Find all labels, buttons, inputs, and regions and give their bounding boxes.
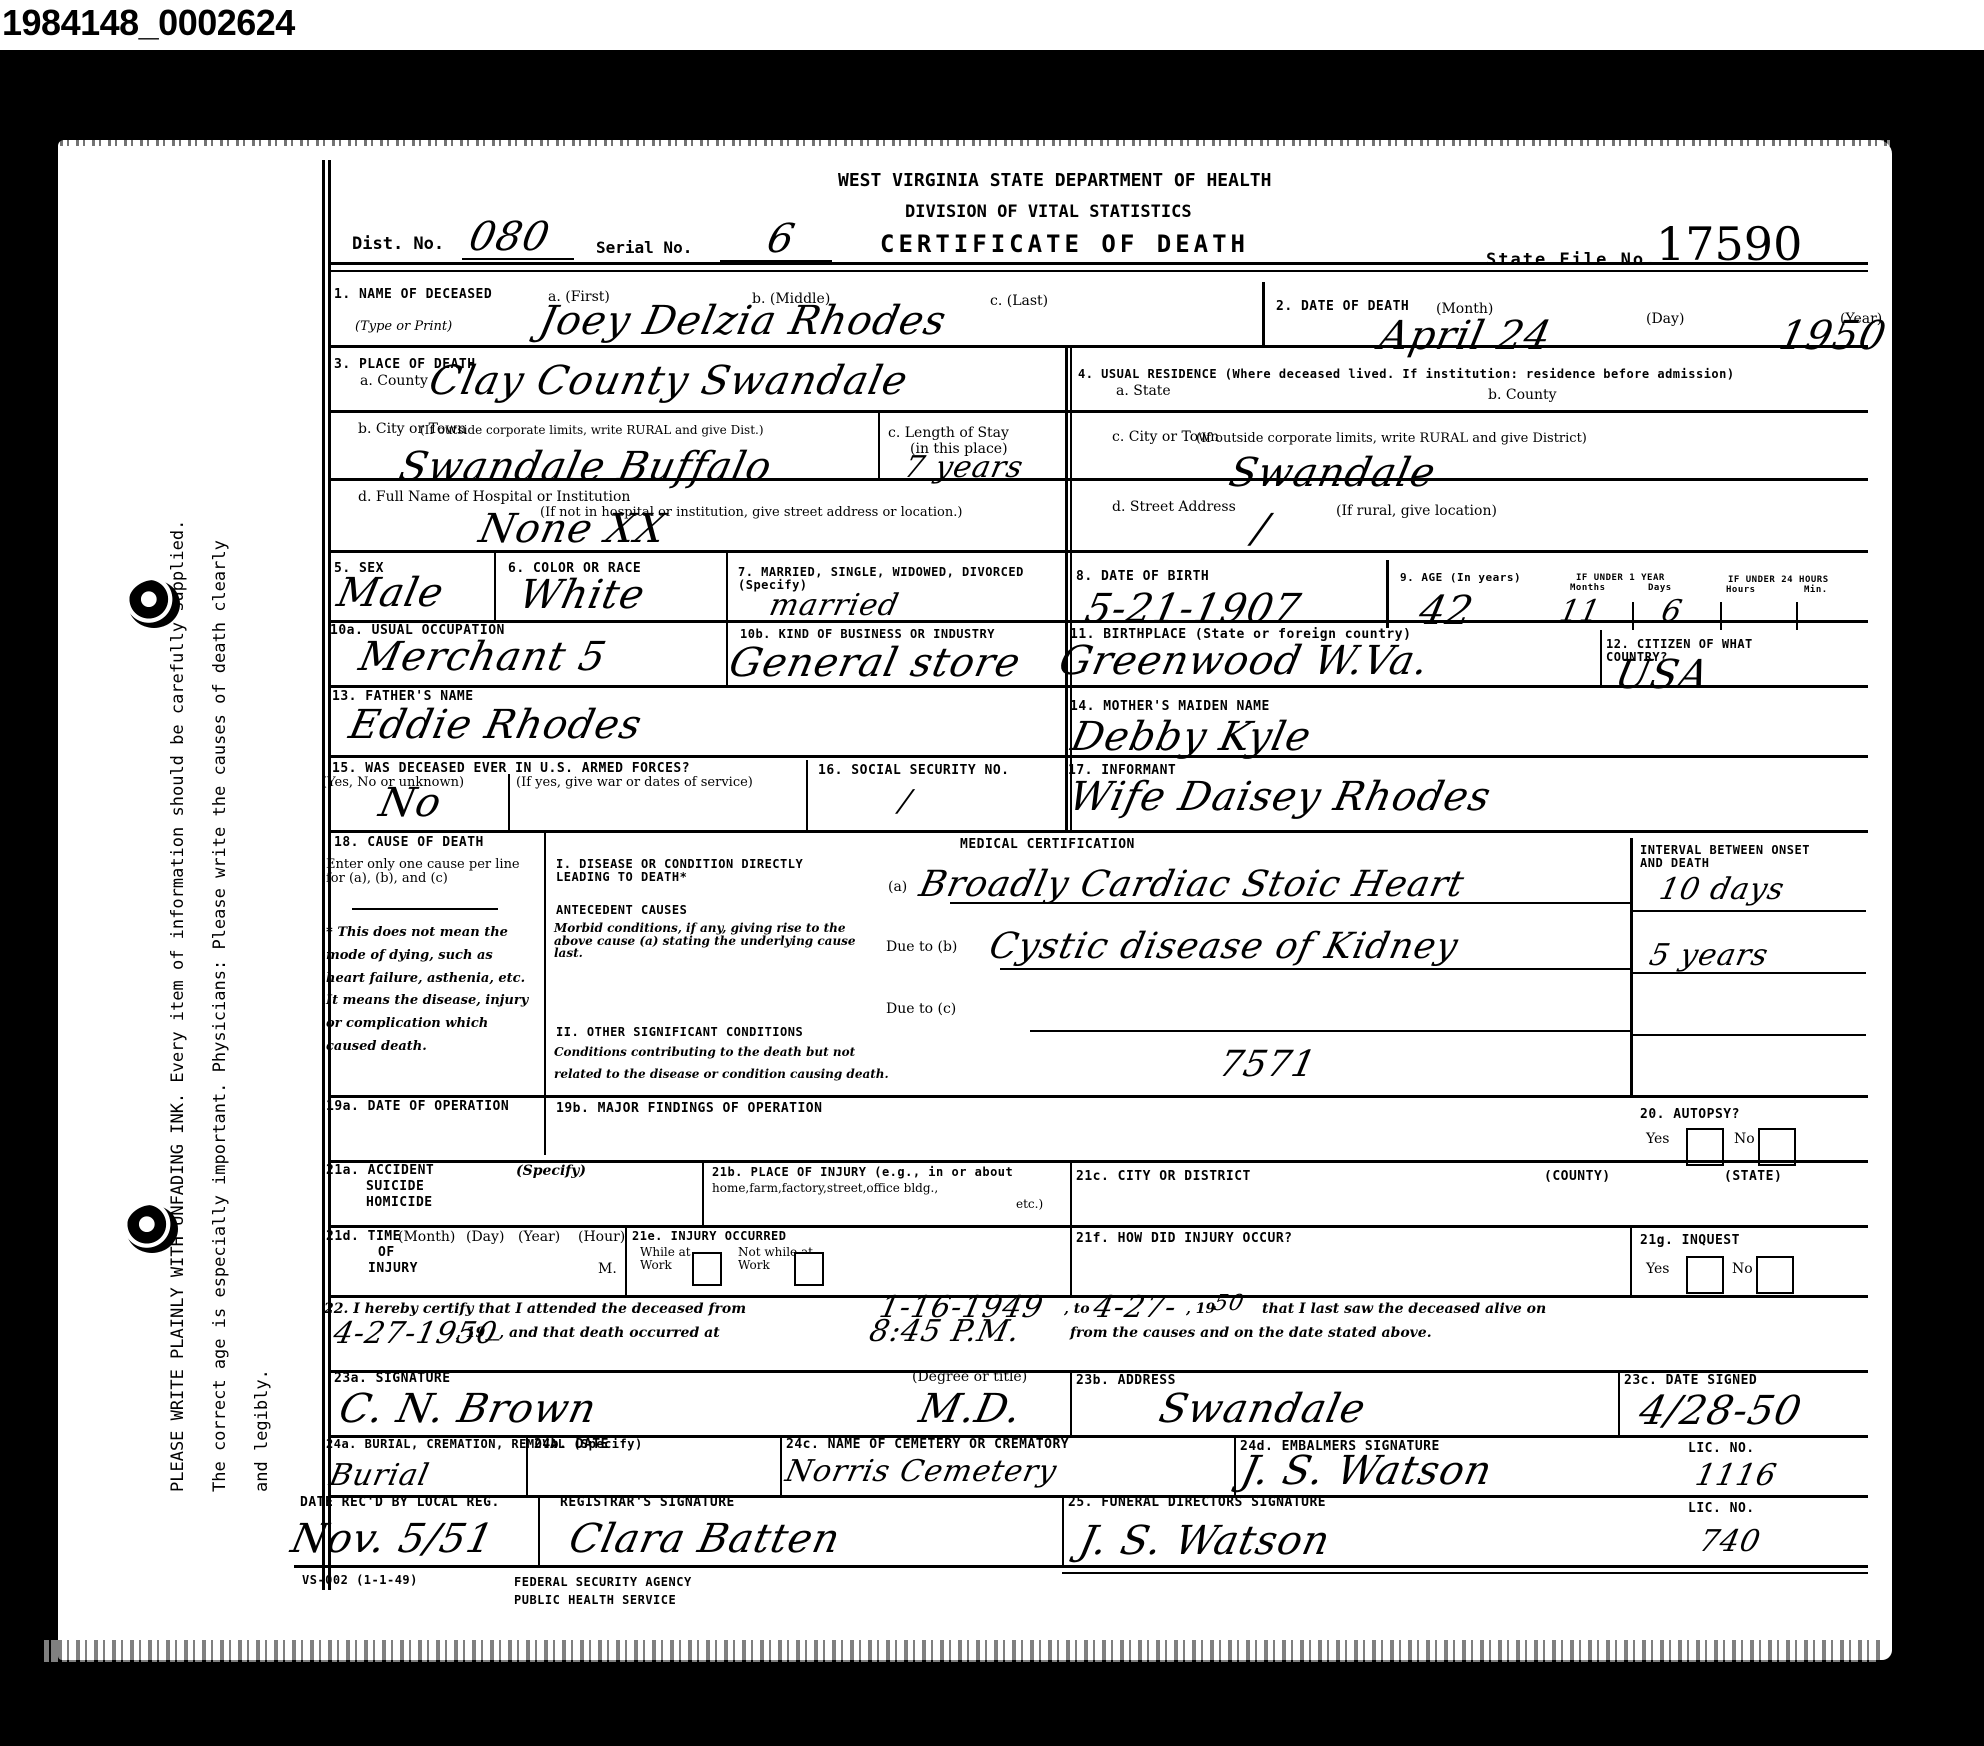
attended-to-year-value: 50 — [1212, 1292, 1247, 1315]
length-of-stay-label: c. Length of Stay — [888, 426, 1009, 441]
disposition-value: Burial — [327, 1460, 432, 1492]
row-rule — [328, 620, 1868, 623]
birthplace-value: Greenwood W.Va. — [1056, 640, 1433, 682]
funeral-lic-label: LIC. NO. — [1688, 1502, 1755, 1516]
interval-divider — [1630, 838, 1633, 1095]
interval-b-line — [1630, 972, 1866, 974]
injury-occurred-label: 21e. INJURY OCCURRED — [632, 1230, 787, 1243]
divider — [1600, 630, 1602, 685]
months-label: Months — [1570, 584, 1606, 593]
informant-value: Wife Daisey Rhodes — [1066, 776, 1495, 818]
autopsy-label: 20. AUTOPSY? — [1640, 1108, 1740, 1122]
header-band: 1984148_0002624 — [0, 0, 1984, 50]
cemetery-value: Norris Cemetery — [783, 1456, 1060, 1488]
marital-status-value: married — [767, 590, 902, 622]
cause-b-label: Due to (b) — [886, 940, 957, 955]
cause-a-line — [950, 902, 1630, 904]
physician-degree-value: M.D. — [916, 1388, 1026, 1430]
time-of-injury-label: 21d. TIME — [326, 1230, 401, 1244]
inquest-no-checkbox[interactable] — [1756, 1256, 1794, 1294]
date-of-death-value: April 24 — [1376, 315, 1556, 357]
name-label: 1. NAME OF DECEASED — [334, 288, 492, 302]
divider — [726, 550, 728, 685]
age-label: 9. AGE (In years) — [1400, 572, 1521, 584]
date-of-death-label: 2. DATE OF DEATH — [1276, 300, 1409, 314]
seal-stamp-icon — [128, 580, 180, 628]
city-value: Swandale Buffalo — [396, 446, 776, 488]
hospital-value: None XX — [476, 508, 670, 550]
divider — [878, 410, 880, 478]
row-rule — [328, 755, 1868, 758]
embalmer-signature-value: J. S. Watson — [1238, 1450, 1497, 1492]
degree-label: (Degree or title) — [912, 1370, 1027, 1385]
hospital-label: d. Full Name of Hospital or Institution — [358, 490, 630, 505]
residence-city-value: Swandale — [1226, 452, 1440, 494]
cause-footnote: * This does not mean the mode of dying, … — [326, 922, 536, 1059]
divider — [702, 1160, 704, 1225]
other-conditions-hint-1: Conditions contributing to the death but… — [554, 1046, 855, 1059]
inquest-no-label: No — [1732, 1262, 1753, 1277]
divider — [1618, 1370, 1620, 1435]
divider — [526, 1435, 528, 1495]
injury-month-label: (Month) — [398, 1230, 455, 1245]
registrar-signature-label: REGISTRAR'S SIGNATURE — [560, 1496, 735, 1510]
row-rule — [328, 478, 1868, 481]
margin-instruction-1: PLEASE WRITE PLAINLY WITH UNFADING INK. … — [168, 520, 188, 1492]
state-header: (STATE) — [1724, 1170, 1782, 1184]
dist-no-underline — [462, 258, 574, 260]
interval-a-line — [1630, 910, 1866, 912]
interval-b-value: 5 years — [1647, 940, 1772, 972]
time-of-injury-of: OF — [378, 1246, 395, 1260]
row-rule — [328, 410, 1868, 413]
serial-no-label: Serial No. — [596, 240, 692, 257]
burial-date-label: 24b. DATE — [534, 1438, 609, 1452]
divider — [544, 1095, 546, 1155]
homicide-label: HOMICIDE — [366, 1196, 433, 1210]
citizenship-value: USA — [1612, 654, 1714, 696]
header-rule-2 — [328, 270, 1868, 272]
date-signed-label: 23c. DATE SIGNED — [1624, 1374, 1757, 1388]
injury-year-label: (Year) — [518, 1230, 560, 1245]
divider — [1632, 602, 1634, 630]
form-border-left — [322, 160, 325, 1590]
embalmer-lic-label: LIC. NO. — [1688, 1442, 1755, 1456]
cemetery-label: 24c. NAME OF CEMETERY OR CREMATORY — [786, 1438, 1069, 1452]
accident-label: 21a. ACCIDENT — [326, 1164, 434, 1178]
disease-condition-label: I. DISEASE OR CONDITION DIRECTLY LEADING… — [556, 858, 846, 883]
divider — [1062, 1495, 1064, 1565]
street-address-label: d. Street Address — [1112, 500, 1236, 515]
divider — [544, 830, 546, 1095]
time-of-injury-injury: INJURY — [368, 1262, 418, 1276]
inquest-yes-label: Yes — [1646, 1262, 1670, 1277]
cause-b-value: Cystic disease of Kidney — [986, 928, 1462, 966]
cause-c-label: Due to (c) — [886, 1002, 956, 1017]
date-received-value: Nov. 5/51 — [288, 1518, 498, 1560]
certificate-title: CERTIFICATE OF DEATH — [880, 232, 1249, 257]
cause-b-line — [1000, 968, 1630, 970]
other-conditions-label: II. OTHER SIGNIFICANT CONDITIONS — [556, 1026, 803, 1039]
name-sub-label: (Type or Print) — [355, 320, 452, 334]
residence-city-hint: (If outside corporate limits, write RURA… — [1196, 432, 1587, 446]
last-name-label: c. (Last) — [990, 294, 1048, 309]
city-or-district-label: 21c. CITY OR DISTRICT — [1076, 1170, 1251, 1184]
certify-text-2: , 19__, and that death occurred at — [456, 1326, 720, 1341]
physician-signature-value: C. N. Brown — [336, 1388, 601, 1430]
street-address-hint: (If rural, give location) — [1336, 504, 1497, 519]
operation-findings-label: 19b. MAJOR FINDINGS OF OPERATION — [556, 1102, 822, 1116]
place-of-death-county-value: Clay County Swandale — [426, 360, 912, 402]
funeral-director-label: 25. FUNERAL DIRECTORS SIGNATURE — [1068, 1496, 1326, 1510]
certify-text-to: , to — [1064, 1302, 1090, 1317]
days-label: Days — [1648, 584, 1672, 593]
autopsy-yes-label: Yes — [1646, 1132, 1670, 1147]
mothers-maiden-name-value: Debby Kyle — [1068, 716, 1316, 758]
paper-edge-bottom — [40, 1640, 1880, 1662]
divider — [1262, 282, 1265, 345]
medical-certification-label: MEDICAL CERTIFICATION — [960, 838, 1135, 852]
cause-instructions: Enter only one cause per line for (a), (… — [326, 858, 536, 885]
day-label: (Day) — [1646, 312, 1684, 327]
row-rule — [328, 1225, 1868, 1228]
row-rule — [1062, 1572, 1868, 1574]
form-number: VS-002 (1-1-49) — [302, 1574, 418, 1587]
place-of-injury-etc: etc.) — [1016, 1198, 1043, 1211]
suicide-label: SUICIDE — [366, 1180, 424, 1194]
divider — [1234, 1435, 1236, 1495]
row-rule — [294, 1565, 1868, 1568]
division-title: DIVISION OF VITAL STATISTICS — [905, 204, 1192, 222]
fathers-name-value: Eddie Rhodes — [346, 704, 646, 746]
date-of-operation-label: 19a. DATE OF OPERATION — [326, 1100, 509, 1114]
race-value: White — [516, 574, 649, 616]
margin-instruction-2: The correct age is especially important.… — [210, 540, 230, 1492]
residence-county-label: b. County — [1488, 388, 1557, 403]
document-id: 1984148_0002624 — [2, 2, 295, 44]
paper-edge-top — [60, 140, 1890, 146]
funeral-director-value: J. S. Watson — [1076, 1520, 1335, 1562]
cause-of-death-label: 18. CAUSE OF DEATH — [334, 836, 484, 850]
date-signed-value: 4/28-50 — [1636, 1390, 1806, 1432]
dist-no-label: Dist. No. — [352, 236, 444, 254]
county-label: a. County — [360, 374, 428, 389]
occupation-value: Merchant 5 — [356, 636, 611, 678]
divider — [538, 1495, 540, 1565]
antecedent-causes-label: ANTECEDENT CAUSES — [556, 904, 687, 917]
interval-label: INTERVAL BETWEEN ONSET AND DEATH — [1640, 844, 1810, 869]
interval-c-line — [1630, 1034, 1866, 1036]
divider — [780, 1435, 782, 1495]
registrar-signature-value: Clara Batten — [566, 1518, 845, 1560]
margin-instruction-3: and legibly. — [252, 1369, 272, 1492]
public-health-service: PUBLIC HEALTH SERVICE — [514, 1594, 676, 1607]
date-of-birth-value: 5-21-1907 — [1082, 588, 1305, 630]
deceased-name-value: Joey Delzia Rhodes — [536, 300, 951, 342]
minutes-label: Min. — [1804, 586, 1828, 595]
divider — [508, 774, 510, 830]
divider — [1386, 560, 1389, 628]
armed-forces-sub2: (If yes, give war or dates of service) — [516, 776, 753, 790]
residence-state-label: a. State — [1116, 384, 1171, 399]
business-value: General store — [726, 642, 1025, 684]
seal-stamp-icon — [126, 1205, 178, 1253]
dist-no-value: 080 — [466, 216, 554, 258]
row-rule — [328, 1095, 1868, 1098]
mothers-maiden-name-label: 14. MOTHER'S MAIDEN NAME — [1070, 700, 1270, 714]
year-of-death-value: 1950 — [1776, 315, 1891, 357]
injury-hour-label: (Hour) — [578, 1230, 625, 1245]
physician-address-value: Swandale — [1156, 1388, 1370, 1430]
injury-day-label: (Day) — [466, 1230, 504, 1245]
interval-a-value: 10 days — [1657, 874, 1788, 906]
other-conditions-hint-2: related to the disease or condition caus… — [554, 1068, 889, 1081]
divider — [1630, 1225, 1632, 1295]
armed-forces-value: No — [376, 782, 446, 824]
age-years-value: 42 — [1416, 590, 1478, 632]
business-label: 10b. KIND OF BUSINESS OR INDUSTRY — [740, 628, 995, 641]
date-of-birth-label: 8. DATE OF BIRTH — [1076, 570, 1209, 584]
inquest-label: 21g. INQUEST — [1640, 1234, 1740, 1248]
social-security-label: 16. SOCIAL SECURITY NO. — [818, 764, 1010, 778]
inquest-yes-checkbox[interactable] — [1686, 1256, 1724, 1294]
serial-no-underline — [720, 260, 832, 262]
state-file-no-value: 17590 — [1656, 220, 1802, 268]
signature-label: 23a. SIGNATURE — [334, 1372, 451, 1386]
certify-text-1: 22. I hereby certify that I attended the… — [324, 1302, 746, 1317]
hours-label: Hours — [1726, 586, 1756, 595]
divider — [1070, 1370, 1072, 1435]
cause-a-label: (a) — [888, 880, 907, 895]
cause-a-value: Broadly Cardiac Stoic Heart — [916, 866, 1468, 904]
certify-text-last-saw: that I last saw the deceased alive on — [1262, 1302, 1546, 1317]
cause-c-line — [1030, 1030, 1630, 1032]
other-conditions-value: 7571 — [1216, 1046, 1320, 1084]
antecedent-hint: Morbid conditions, if any, giving rise t… — [554, 922, 884, 960]
funeral-lic-value: 740 — [1697, 1526, 1764, 1558]
place-of-injury-hint: home,farm,factory,street,office bldg., — [712, 1182, 938, 1195]
state-file-no-label: State File No. — [1486, 252, 1657, 270]
row-rule — [328, 830, 1868, 833]
row-rule — [328, 345, 1868, 348]
armed-forces-label: 15. WAS DECEASED EVER IN U.S. ARMED FORC… — [332, 762, 690, 776]
divider — [806, 760, 808, 830]
attended-to-value: 4-27- — [1091, 1292, 1180, 1324]
while-at-work-checkbox[interactable] — [692, 1252, 722, 1286]
agency-title: WEST VIRGINIA STATE DEPARTMENT OF HEALTH — [838, 172, 1271, 191]
physician-address-label: 23b. ADDRESS — [1076, 1374, 1176, 1388]
place-of-injury-label: 21b. PLACE OF INJURY (e.g., in or about — [712, 1166, 1013, 1179]
not-while-at-work-checkbox[interactable] — [794, 1252, 824, 1286]
usual-residence-label: 4. USUAL RESIDENCE (Where deceased lived… — [1078, 368, 1735, 381]
how-injury-occurred-label: 21f. HOW DID INJURY OCCUR? — [1076, 1232, 1293, 1246]
embalmer-lic-value: 1116 — [1693, 1460, 1780, 1492]
date-received-label: DATE REC'D BY LOCAL REG. — [300, 1496, 500, 1510]
row-rule — [328, 550, 1868, 553]
divider — [1720, 602, 1722, 630]
divider — [494, 550, 496, 620]
city-hint: (If outside corporate limits, write RURA… — [420, 424, 764, 437]
county-header: (COUNTY) — [1544, 1170, 1611, 1184]
time-of-death-value: 8:45 P.M. — [867, 1316, 1024, 1348]
autopsy-no-label: No — [1734, 1132, 1755, 1147]
divider — [1796, 602, 1798, 630]
row-rule — [328, 685, 1868, 688]
certify-text-3: from the causes and on the date stated a… — [1070, 1326, 1432, 1341]
federal-agency: FEDERAL SECURITY AGENCY — [514, 1576, 692, 1589]
divider — [352, 908, 498, 910]
divider — [625, 1225, 627, 1295]
specify-label: (Specify) — [516, 1164, 586, 1179]
injury-meridiem-label: M. — [598, 1262, 617, 1277]
sex-value: Male — [334, 572, 448, 614]
